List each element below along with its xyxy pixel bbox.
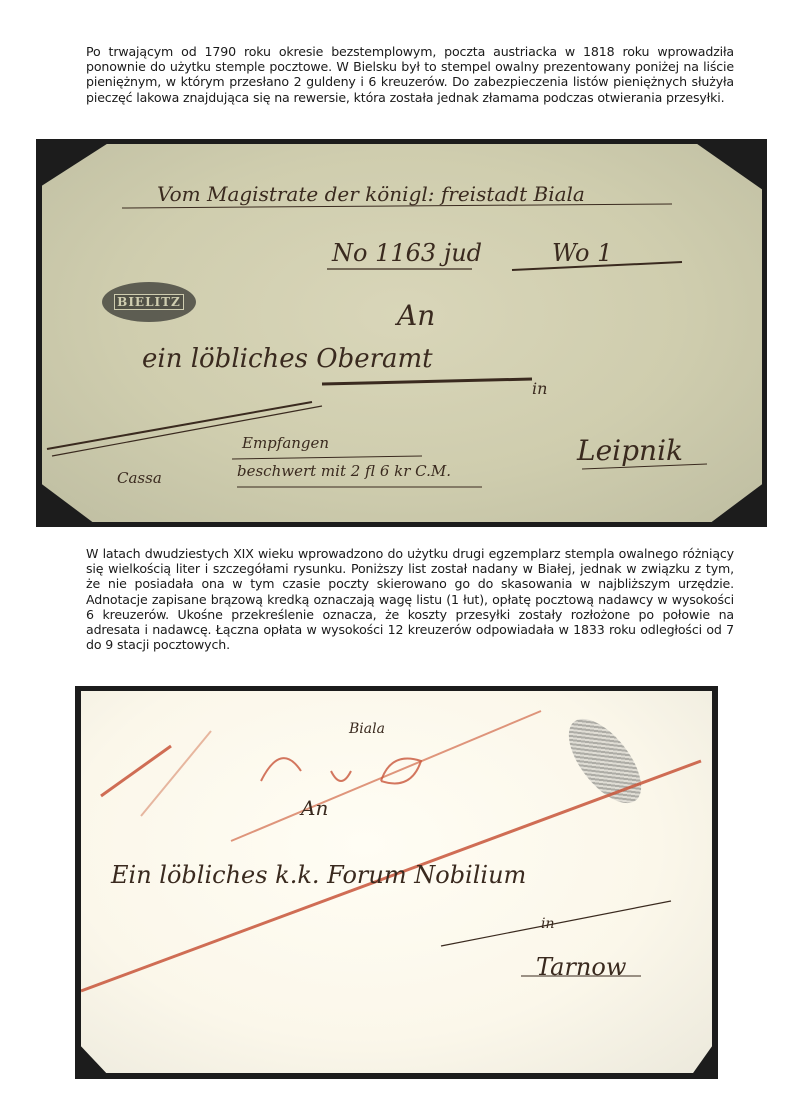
intro-paragraph: Po trwającym od 1790 roku okresie bezste…	[86, 44, 734, 105]
in-word: in	[541, 916, 555, 932]
an-word: An	[301, 796, 328, 820]
origin-note: Biala	[349, 721, 385, 737]
second-paragraph: W latach dwudziestych XIX wieku wprowadz…	[86, 546, 734, 652]
ink-strokes	[42, 144, 762, 522]
letter-image-biala: Biala An Ein löbliches k.k. Forum Nobili…	[81, 691, 712, 1073]
addressee: Ein löbliches k.k. Forum Nobilium	[111, 861, 526, 889]
destination-city: Tarnow	[536, 953, 626, 981]
letter-image-bielitz: BIELITZ Vom Magistrate der königl: freis…	[42, 144, 762, 522]
